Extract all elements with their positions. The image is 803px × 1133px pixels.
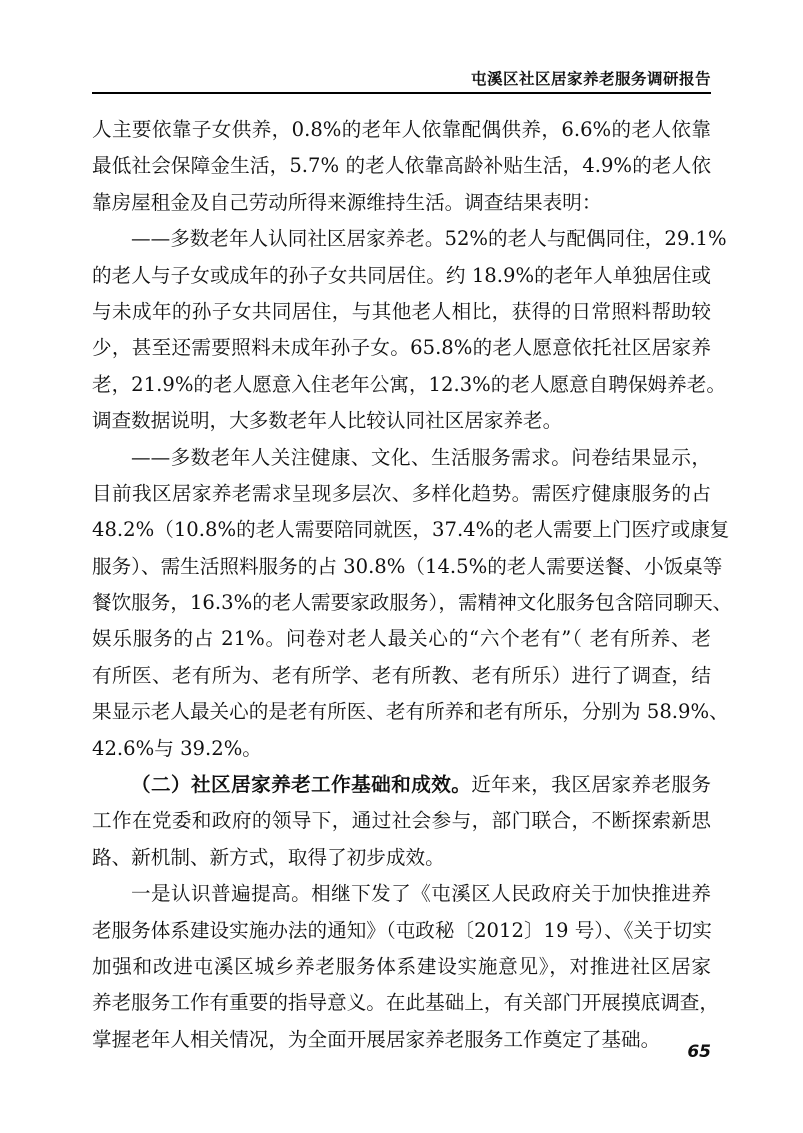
text-line: 48.2%（10.8%的老人需要陪同就医，37.4%的老人需要上门医疗或康复	[92, 512, 711, 548]
text-line: 加强和改进屯溪区城乡养老服务体系建设实施意见》，对推进社区居家	[92, 949, 711, 985]
text-line: 人主要依靠子女供养，0.8%的老年人依靠配偶供养，6.6%的老人依靠	[92, 112, 711, 148]
text-line: 餐饮服务，16.3%的老人需要家政服务），需精神文化服务包含陪同聊天、	[92, 585, 711, 621]
text-line: 一是认识普遍提高。相继下发了《屯溪区人民政府关于加快推进养	[92, 876, 711, 912]
text-line: 老，21.9%的老人愿意入住老年公寓，12.3%的老人愿意自聘保姆养老。	[92, 367, 711, 403]
section-heading: （二）社区居家养老工作基础和成效。	[131, 773, 471, 796]
running-header-title: 屯溪区社区居家养老服务调研报告	[471, 70, 711, 88]
body-text: 人主要依靠子女供养，0.8%的老年人依靠配偶供养，6.6%的老人依靠 最低社会保…	[92, 112, 711, 1058]
paragraph-section-two: （二）社区居家养老工作基础和成效。近年来，我区居家养老服务 工作在党委和政府的领…	[92, 767, 711, 876]
text-line: 42.6%与 39.2%。	[92, 731, 711, 767]
text-line: 工作在党委和政府的领导下，通过社会参与，部门联合，不断探索新思	[92, 803, 711, 839]
text-line: 调查数据说明，大多数老年人比较认同社区居家养老。	[92, 403, 711, 439]
text-line: 娱乐服务的占 21%。问卷对老人最关心的“六个老有”（ 老有所养、老	[92, 621, 711, 657]
text-line: 有所医、老有所为、老有所学、老有所教、老有所乐）进行了调查，结	[92, 658, 711, 694]
text-line: ——多数老年人关注健康、文化、生活服务需求。问卷结果显示，	[92, 440, 711, 476]
text-line: 的老人与子女或成年的孙子女共同居住。约 18.9%的老年人单独居住或	[92, 258, 711, 294]
text-line: 果显示老人最关心的是老有所医、老有所养和老有所乐，分别为 58.9%、	[92, 694, 711, 730]
text-line: 靠房屋租金及自己劳动所得来源维持生活。调查结果表明：	[92, 185, 711, 221]
text-line: ——多数老年人认同社区居家养老。52%的老人与配偶同住，29.1%	[92, 221, 711, 257]
heading-continuation: 近年来，我区居家养老服务	[471, 773, 711, 796]
text-line: 路、新机制、新方式，取得了初步成效。	[92, 840, 711, 876]
paragraph-service-needs: ——多数老年人关注健康、文化、生活服务需求。问卷结果显示， 目前我区居家养老需求…	[92, 440, 711, 768]
text-line: （二）社区居家养老工作基础和成效。近年来，我区居家养老服务	[92, 767, 711, 803]
text-line: 老服务体系建设实施办法的通知》（屯政秘〔2012〕19 号）、《关于切实	[92, 913, 711, 949]
text-line: 掌握老年人相关情况，为全面开展居家养老服务工作奠定了基础。	[92, 1022, 711, 1058]
text-line: 最低社会保障金生活，5.7% 的老人依靠高龄补贴生活，4.9%的老人依	[92, 148, 711, 184]
text-line: 与未成年的孙子女共同居住，与其他老人相比，获得的日常照料帮助较	[92, 294, 711, 330]
text-line: 目前我区居家养老需求呈现多层次、多样化趋势。需医疗健康服务的占	[92, 476, 711, 512]
paragraph-dependency-sources: 人主要依靠子女供养，0.8%的老年人依靠配偶供养，6.6%的老人依靠 最低社会保…	[92, 112, 711, 221]
running-header: 屯溪区社区居家养老服务调研报告	[92, 70, 711, 94]
page-number: 65	[687, 1042, 711, 1062]
paragraph-community-home-care-acceptance: ——多数老年人认同社区居家养老。52%的老人与配偶同住，29.1% 的老人与子女…	[92, 221, 711, 439]
text-line: 养老服务工作有重要的指导意义。在此基础上，有关部门开展摸底调查，	[92, 985, 711, 1021]
paragraph-awareness-improved: 一是认识普遍提高。相继下发了《屯溪区人民政府关于加快推进养 老服务体系建设实施办…	[92, 876, 711, 1058]
text-line: 少，甚至还需要照料未成年孙子女。65.8%的老人愿意依托社区居家养	[92, 330, 711, 366]
text-line: 服务）、需生活照料服务的占 30.8%（14.5%的老人需要送餐、小饭桌等	[92, 549, 711, 585]
